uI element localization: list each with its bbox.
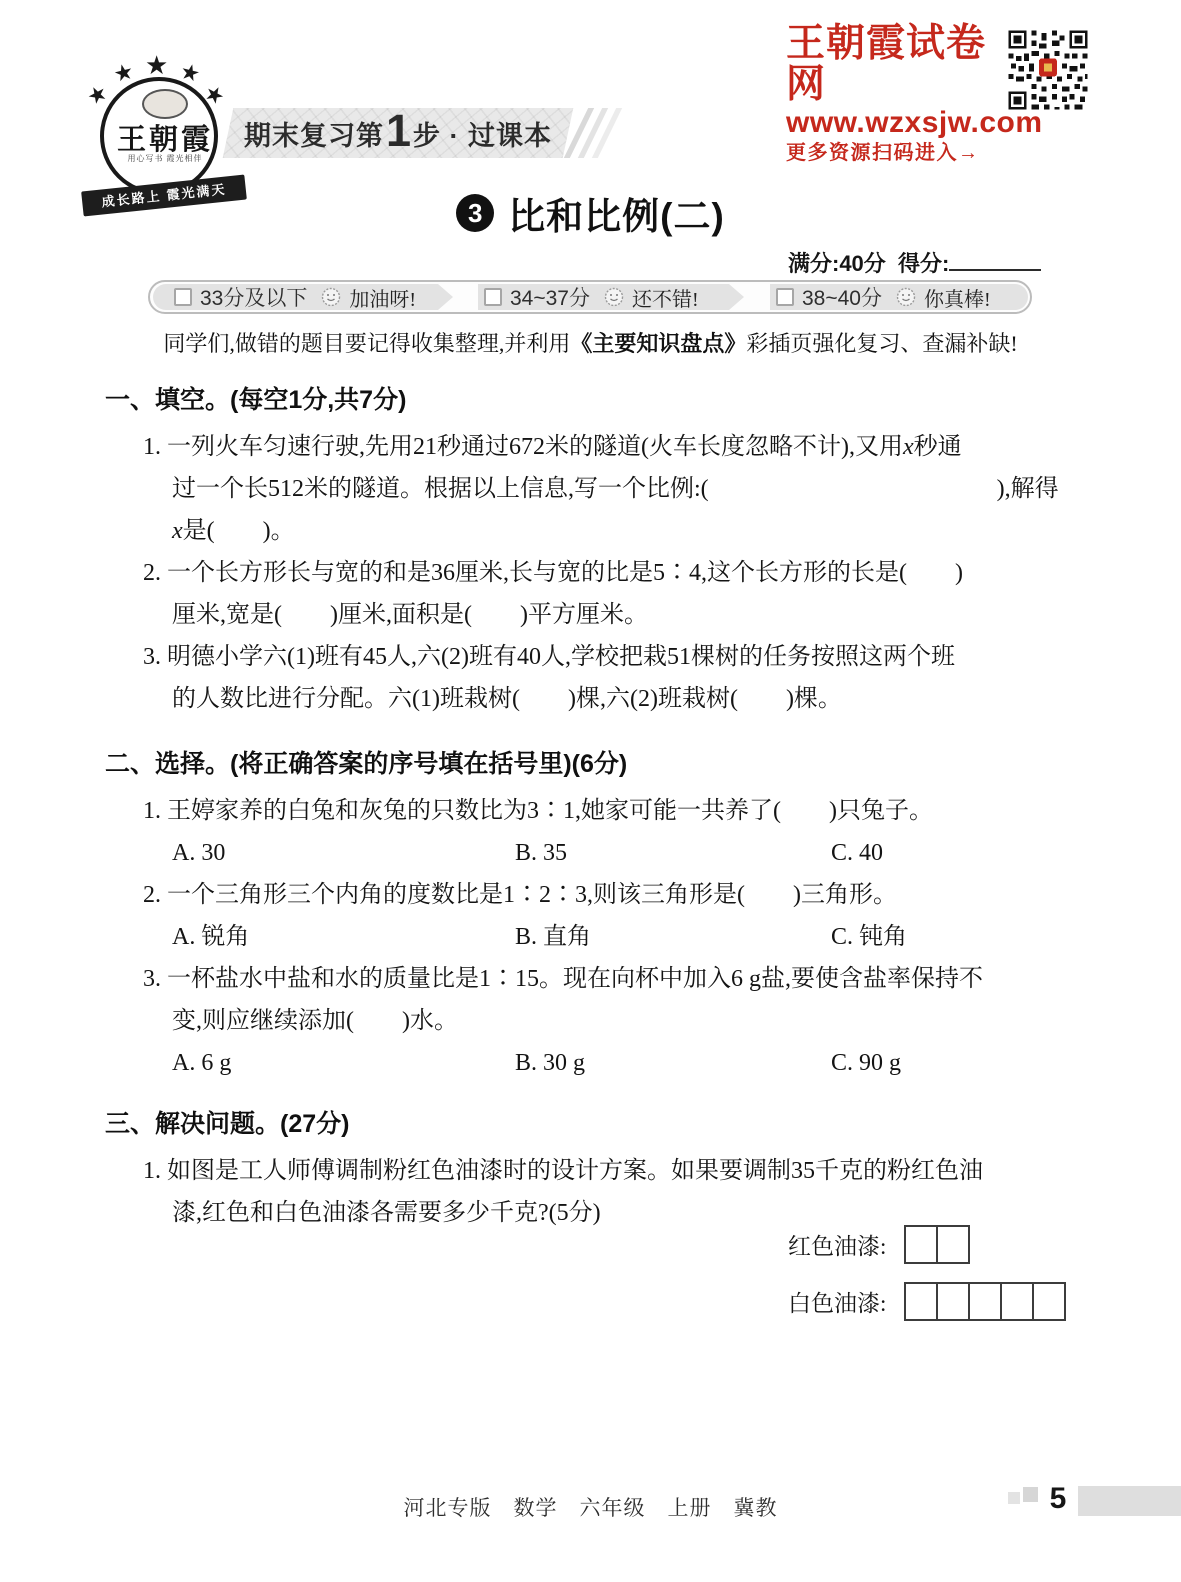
score-blank[interactable] (949, 249, 1041, 271)
page-number-decoration (1008, 1492, 1020, 1504)
answer-cell[interactable] (1000, 1282, 1034, 1321)
checkbox[interactable] (174, 288, 192, 306)
question: 1. 如图是工人师傅调制粉红色油漆时的设计方案。如果要调制35千克的粉红色油 漆… (105, 1150, 1081, 1234)
main-content: 一、填空。(每空1分,共7分) 1. 一列火车匀速行驶,先用21秒通过672米的… (105, 380, 1081, 1234)
options-row: A. 锐角 B. 直角 C. 钝角 (105, 916, 1081, 958)
band-remark: 加油呀! (349, 283, 416, 312)
banner-step-number: 1 (386, 105, 411, 157)
question-line: 2. 一个长方形长与宽的和是36厘米,长与宽的比是5∶4,这个长方形的长是( ) (105, 552, 1081, 594)
smiley-icon (604, 287, 624, 307)
answer-cell[interactable] (904, 1225, 938, 1264)
answer-cell[interactable] (904, 1282, 938, 1321)
site-name: 王朝霞试卷网 (786, 24, 1001, 106)
worksheet-page: ★ ★ ★ ★ ★ 王朝霞 用心写书 霞光相伴 成长路上 霞光满天 期末复习第 … (0, 0, 1181, 1582)
option-c: C. 钝角 (831, 916, 907, 958)
section-3-heading: 三、解决问题。(27分) (105, 1104, 1081, 1140)
answer-cell[interactable] (936, 1225, 970, 1264)
option-b: B. 35 (515, 832, 831, 874)
checkbox[interactable] (484, 288, 502, 306)
red-paint-label: 红色油漆: (788, 1228, 904, 1261)
question-line: 的人数比进行分配。六(1)班栽树( )棵,六(2)班栽树( )棵。 (105, 678, 1081, 720)
section-2-heading: 二、选择。(将正确答案的序号填在括号里)(6分) (105, 744, 1081, 780)
site-tagline: 更多资源扫码进入→ (786, 140, 1001, 166)
answer-cell[interactable] (968, 1282, 1002, 1321)
answer-cell[interactable] (936, 1282, 970, 1321)
logo-name: 王朝霞 (90, 117, 240, 158)
question: 2. 一个三角形三个内角的度数比是1∶2∶3,则该三角形是( )三角形。 A. … (105, 874, 1081, 958)
score-band-high: 38~40分 你真棒! (776, 282, 991, 312)
question-line: 过一个长512米的隧道。根据以上信息,写一个比例:( ),解得 (105, 468, 1081, 510)
portrait-icon (142, 89, 188, 119)
tip-text: 彩插页强化复习、查漏补缺! (746, 331, 1017, 356)
band-range-label: 34~37分 (510, 282, 590, 312)
page-title: 比和比例(二) (508, 186, 725, 240)
question-line: 1. 王婷家养的白兔和灰兔的只数比为3∶1,她家可能一共养了( )只兔子。 (105, 790, 1081, 832)
option-b: B. 30 g (515, 1042, 831, 1084)
question-line: 1. 一列火车匀速行驶,先用21秒通过672米的隧道(火车长度忽略不计),又用x… (105, 426, 1081, 468)
qr-code (1006, 28, 1090, 112)
question-line: x是( )。 (105, 510, 1081, 552)
site-url: www.wzxsjw.com (786, 106, 1001, 141)
option-b: B. 直角 (515, 916, 831, 958)
question: 3. 明德小学六(1)班有45人,六(2)班有40人,学校把栽51棵树的任务按照… (105, 636, 1081, 720)
checkbox[interactable] (776, 288, 794, 306)
score-label: 得分: (898, 251, 949, 276)
option-c: C. 40 (831, 832, 883, 874)
paint-ratio-diagram: 红色油漆: 白色油漆: (788, 1224, 1066, 1338)
options-row: A. 6 g B. 30 g C. 90 g (105, 1042, 1081, 1084)
option-a: A. 30 (172, 832, 515, 874)
score-band-low: 33分及以下 加油呀! (174, 282, 416, 312)
question: 1. 王婷家养的白兔和灰兔的只数比为3∶1,她家可能一共养了( )只兔子。 A.… (105, 790, 1081, 874)
question-line: 1. 如图是工人师傅调制粉红色油漆时的设计方案。如果要调制35千克的粉红色油 (105, 1150, 1081, 1192)
question-line: 厘米,宽是( )厘米,面积是( )平方厘米。 (105, 594, 1081, 636)
option-c: C. 90 g (831, 1042, 901, 1084)
page-number-bar (1078, 1486, 1181, 1516)
tip-bold-text: 《主要知识盘点》 (570, 331, 746, 356)
banner-text: 期末复习第 (244, 114, 384, 153)
smiley-icon (321, 287, 341, 307)
question: 3. 一杯盐水中盐和水的质量比是1∶15。现在向杯中加入6 g盐,要使含盐率保持… (105, 958, 1081, 1084)
question-line: 变,则应继续添加( )水。 (105, 1000, 1081, 1042)
star-icon: ★ (145, 53, 168, 79)
white-paint-label: 白色油漆: (788, 1285, 904, 1318)
site-brand: 王朝霞试卷网 www.wzxsjw.com 更多资源扫码进入→ (786, 24, 1001, 166)
question-line: 3. 一杯盐水中盐和水的质量比是1∶15。现在向杯中加入6 g盐,要使含盐率保持… (105, 958, 1081, 1000)
band-remark: 还不错! (632, 283, 699, 312)
score-line: 满分:40分 得分: (788, 247, 1041, 278)
white-paint-row: 白色油漆: (788, 1281, 1066, 1321)
score-band-mid: 34~37分 还不错! (484, 282, 699, 312)
paper-number-badge: 3 (456, 194, 494, 232)
paper-title-row: 3 比和比例(二) (0, 186, 1181, 240)
question: 1. 一列火车匀速行驶,先用21秒通过672米的隧道(火车长度忽略不计),又用x… (105, 426, 1081, 552)
white-paint-cells (904, 1282, 1066, 1321)
question-line: 2. 一个三角形三个内角的度数比是1∶2∶3,则该三角形是( )三角形。 (105, 874, 1081, 916)
options-row: A. 30 B. 35 C. 40 (105, 832, 1081, 874)
option-a: A. 6 g (172, 1042, 515, 1084)
edition-info: 河北专版 数学 六年级 上册 冀教 (0, 1492, 1181, 1522)
question: 2. 一个长方形长与宽的和是36厘米,长与宽的比是5∶4,这个长方形的长是( )… (105, 552, 1081, 636)
red-paint-row: 红色油漆: (788, 1224, 1066, 1264)
band-remark: 你真棒! (924, 283, 991, 312)
section-1-heading: 一、填空。(每空1分,共7分) (105, 380, 1081, 416)
red-paint-cells (904, 1225, 970, 1264)
step-banner: 期末复习第 1 步 · 过课本 (228, 108, 568, 158)
option-a: A. 锐角 (172, 916, 515, 958)
tip-text: 同学们,做错的题目要记得收集整理,并利用 (163, 331, 570, 356)
answer-cell[interactable] (1032, 1282, 1066, 1321)
logo-subtext: 用心写书 霞光相伴 (90, 153, 240, 164)
question-line: 3. 明德小学六(1)班有45人,六(2)班有40人,学校把栽51棵树的任务按照… (105, 636, 1081, 678)
page-number-decoration (1023, 1487, 1038, 1502)
page-number: 5 (1042, 1482, 1074, 1516)
banner-text: 步 · 过课本 (413, 114, 552, 153)
study-tip: 同学们,做错的题目要记得收集整理,并利用《主要知识盘点》彩插页强化复习、查漏补缺… (0, 327, 1181, 358)
band-range-label: 38~40分 (802, 282, 882, 312)
score-bands-strip: 33分及以下 加油呀! 34~37分 还不错! 38~40分 你真棒! (148, 280, 1032, 314)
smiley-icon (896, 287, 916, 307)
band-range-label: 33分及以下 (200, 282, 307, 312)
banner-slash-decoration (592, 108, 622, 158)
full-score-label: 满分:40分 (788, 251, 886, 276)
